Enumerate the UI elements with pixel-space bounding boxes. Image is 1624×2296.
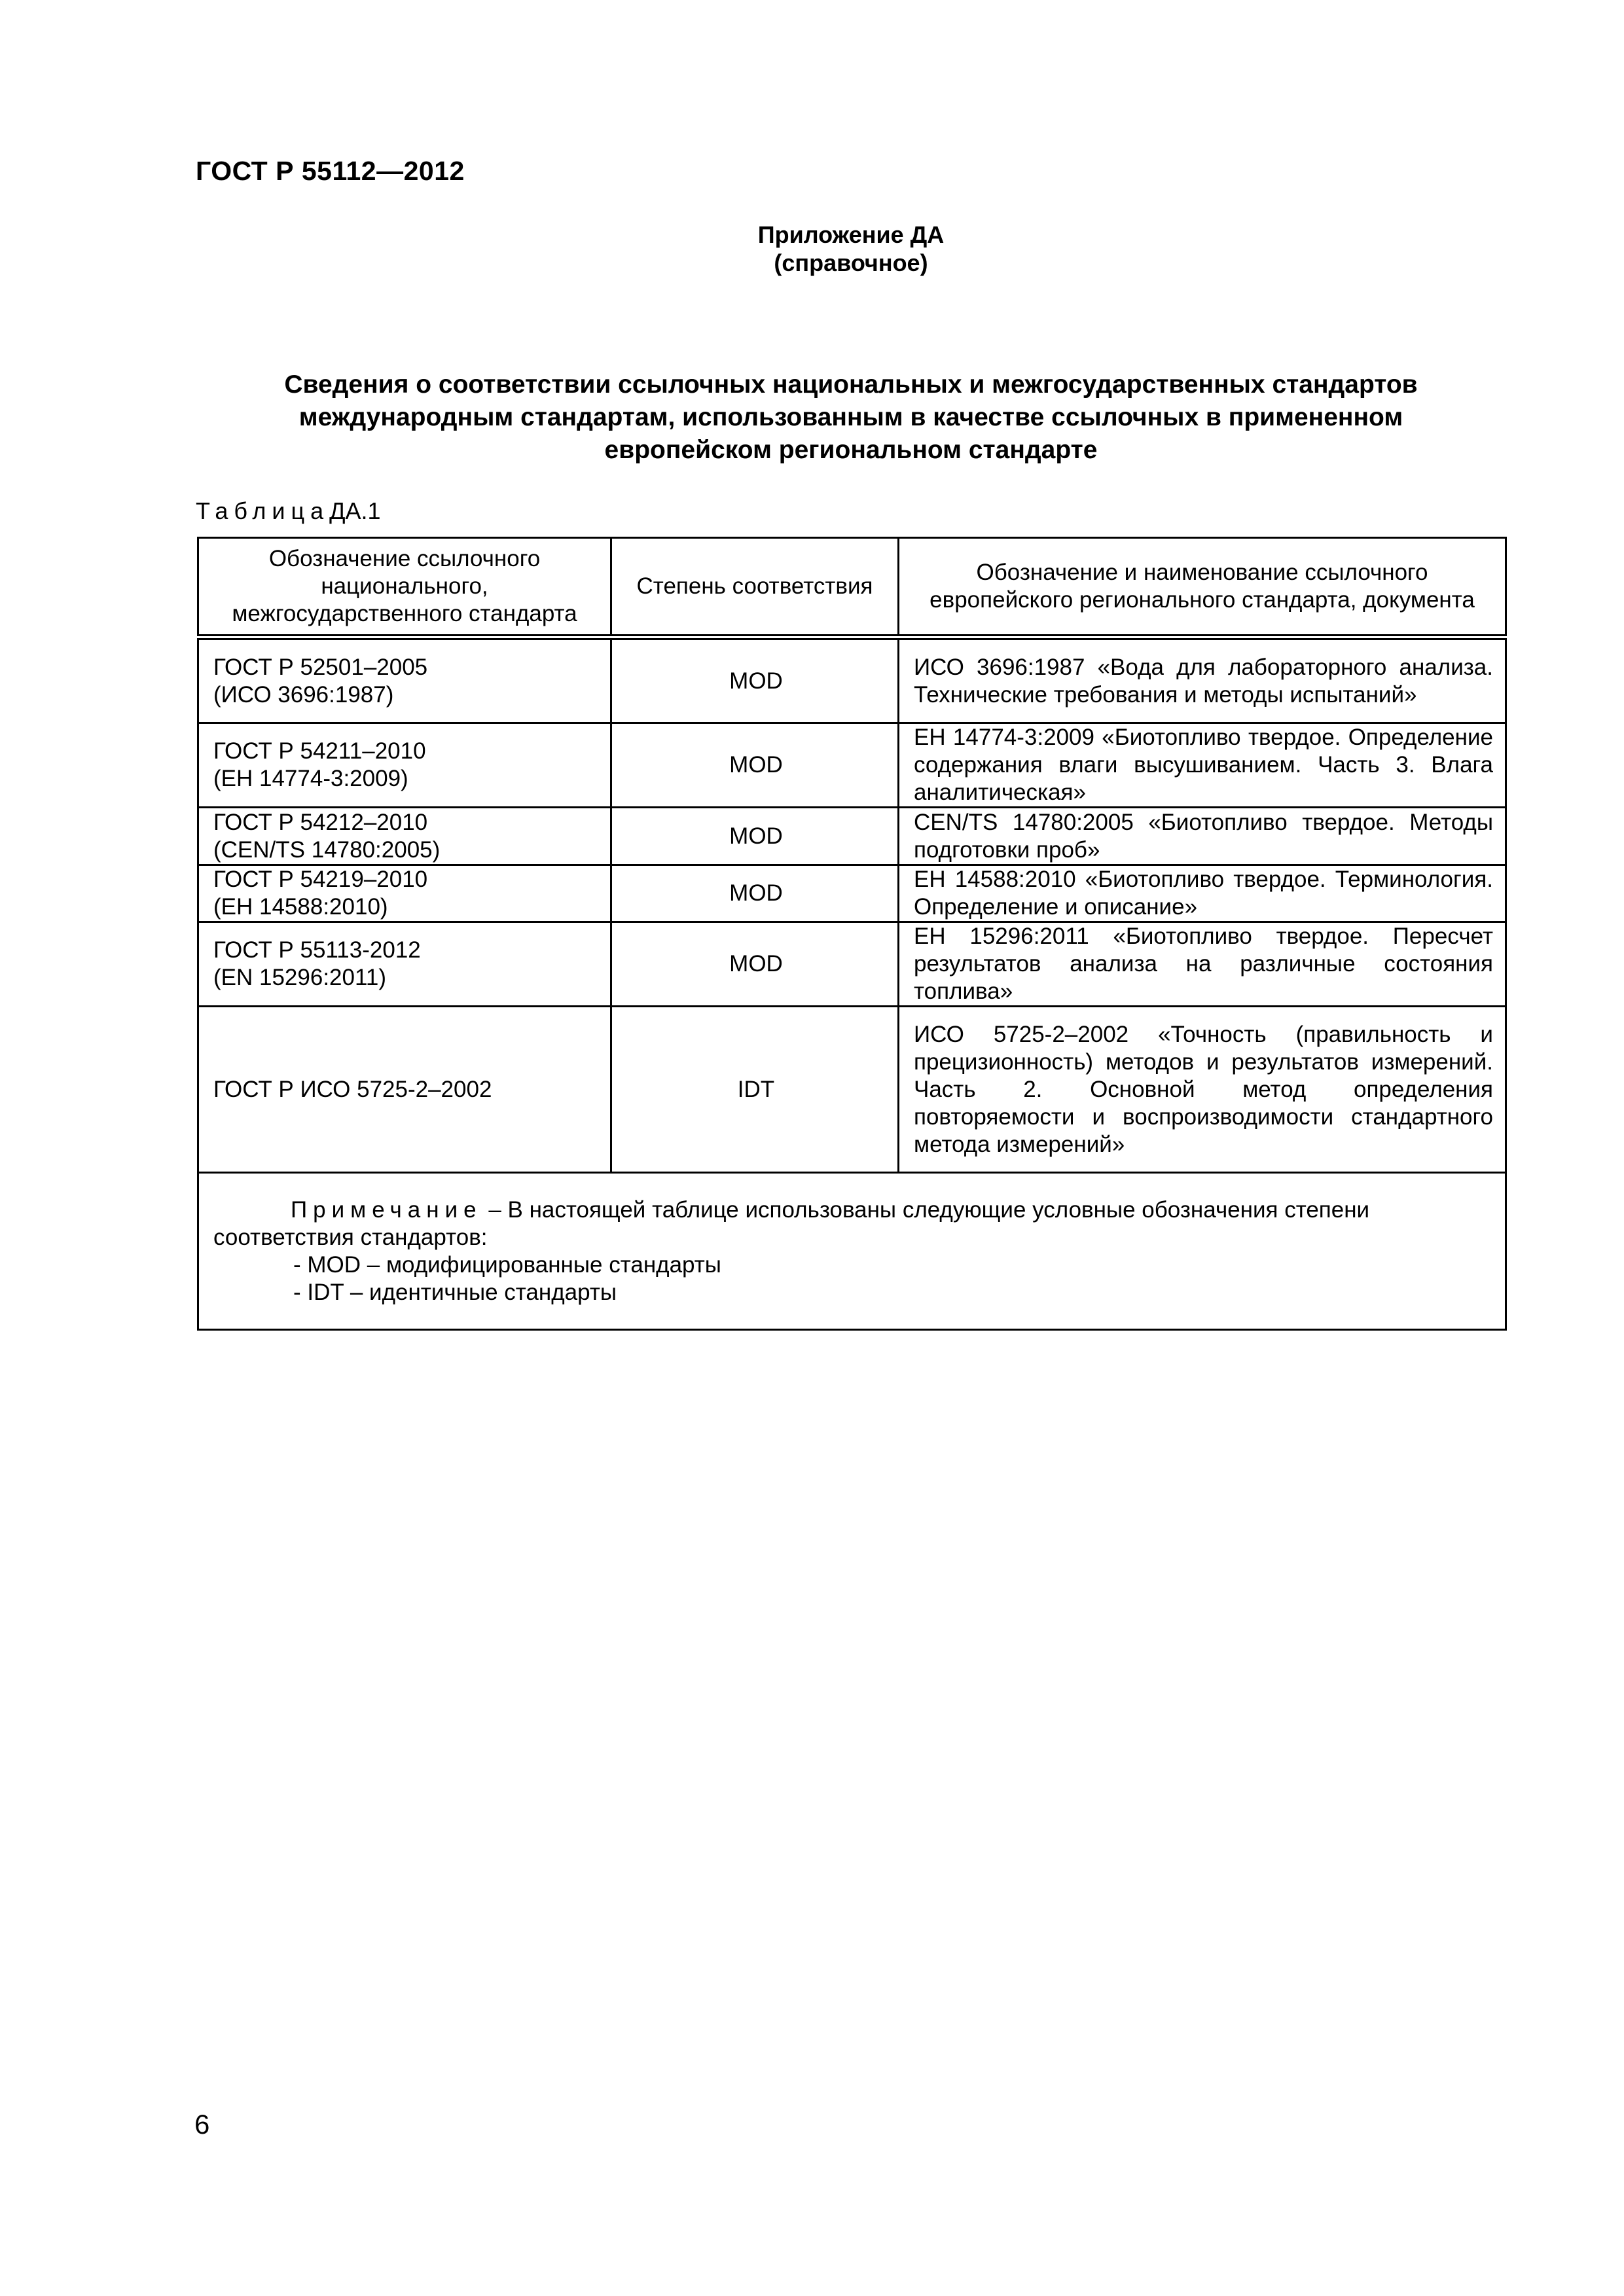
- degree-cell: IDT: [611, 1007, 899, 1173]
- header-national-standard: Обозначение ссылочного национального, ме…: [198, 538, 611, 637]
- national-standard-cell: ГОСТ Р ИСО 5725-2–2002: [198, 1007, 611, 1173]
- european-standard-cell: CEN/TS 14780:2005 «Биотопливо твердое. М…: [899, 808, 1506, 865]
- table-row: ГОСТ Р 52501–2005 (ИСО 3696:1987) MOD ИС…: [198, 637, 1506, 723]
- national-standard-cell: ГОСТ Р 55113-2012 (EN 15296:2011): [198, 922, 611, 1007]
- national-standard-cell: ГОСТ Р 52501–2005 (ИСО 3696:1987): [198, 637, 611, 723]
- european-standard-cell: ИСО 5725-2–2002 «Точность (правильность …: [899, 1007, 1506, 1173]
- note-item-mod: - MOD – модифицированные стандарты: [213, 1251, 1493, 1279]
- table-row: ГОСТ Р ИСО 5725-2–2002 IDT ИСО 5725-2–20…: [198, 1007, 1506, 1173]
- degree-cell: MOD: [611, 865, 899, 922]
- european-standard-cell: ЕН 14588:2010 «Биотопливо твердое. Терми…: [899, 865, 1506, 922]
- national-source-ref: (ИСО 3696:1987): [213, 681, 598, 709]
- heading-line-2: международным стандартам, использованным…: [196, 401, 1506, 434]
- page-number: 6: [194, 2109, 209, 2140]
- national-source-ref: (ЕН 14774-3:2009): [213, 765, 598, 793]
- appendix-title: Приложение ДА: [0, 221, 1624, 249]
- document-code-header: ГОСТ Р 55112—2012: [196, 156, 465, 187]
- national-designation: ГОСТ Р 52501–2005: [213, 654, 598, 681]
- national-source-ref: (EN 15296:2011): [213, 964, 598, 992]
- national-designation: ГОСТ Р 55113-2012: [213, 937, 598, 964]
- heading-line-1: Сведения о соответствии ссылочных национ…: [196, 368, 1506, 401]
- table-caption-number: ДА.1: [329, 497, 380, 524]
- degree-cell: MOD: [611, 637, 899, 723]
- appendix-status: (справочное): [0, 249, 1624, 277]
- degree-cell: MOD: [611, 723, 899, 808]
- note-item-idt: - IDT – идентичные стандарты: [213, 1279, 1493, 1306]
- table-header-row: Обозначение ссылочного национального, ме…: [198, 538, 1506, 637]
- note-intro: Примечание – В настоящей таблице использ…: [213, 1196, 1493, 1251]
- table-caption-word: Таблица: [196, 497, 329, 524]
- table-caption: ТаблицаДА.1: [196, 497, 381, 525]
- table-note: Примечание – В настоящей таблице использ…: [198, 1173, 1506, 1330]
- national-source-ref: (ЕН 14588:2010): [213, 893, 598, 921]
- table-row: ГОСТ Р 54212–2010 (CEN/TS 14780:2005) MO…: [198, 808, 1506, 865]
- national-source-ref: (CEN/TS 14780:2005): [213, 836, 598, 864]
- table-row: ГОСТ Р 54211–2010 (ЕН 14774-3:2009) MOD …: [198, 723, 1506, 808]
- national-designation: ГОСТ Р 54219–2010: [213, 866, 598, 893]
- national-designation: ГОСТ Р ИСО 5725-2–2002: [213, 1076, 598, 1103]
- note-label: Примечание: [291, 1197, 482, 1223]
- heading-line-3: европейском региональном стандарте: [196, 434, 1506, 467]
- header-european-standard: Обозначение и наименование ссылочного ев…: [899, 538, 1506, 637]
- header-degree-of-correspondence: Степень соответствия: [611, 538, 899, 637]
- national-standard-cell: ГОСТ Р 54219–2010 (ЕН 14588:2010): [198, 865, 611, 922]
- national-standard-cell: ГОСТ Р 54212–2010 (CEN/TS 14780:2005): [198, 808, 611, 865]
- degree-cell: MOD: [611, 922, 899, 1007]
- european-standard-cell: ЕН 14774-3:2009 «Биотопливо твердое. Опр…: [899, 723, 1506, 808]
- table-note-row: Примечание – В настоящей таблице использ…: [198, 1173, 1506, 1330]
- table-row: ГОСТ Р 54219–2010 (ЕН 14588:2010) MOD ЕН…: [198, 865, 1506, 922]
- european-standard-cell: ИСО 3696:1987 «Вода для лабораторного ан…: [899, 637, 1506, 723]
- standards-correspondence-table: Обозначение ссылочного национального, ме…: [197, 537, 1507, 1331]
- european-standard-cell: ЕН 15296:2011 «Биотопливо твердое. Перес…: [899, 922, 1506, 1007]
- appendix-block: Приложение ДА (справочное): [0, 221, 1624, 277]
- national-designation: ГОСТ Р 54211–2010: [213, 738, 598, 765]
- national-standard-cell: ГОСТ Р 54211–2010 (ЕН 14774-3:2009): [198, 723, 611, 808]
- table-row: ГОСТ Р 55113-2012 (EN 15296:2011) MOD ЕН…: [198, 922, 1506, 1007]
- section-heading: Сведения о соответствии ссылочных национ…: [196, 368, 1506, 467]
- degree-cell: MOD: [611, 808, 899, 865]
- national-designation: ГОСТ Р 54212–2010: [213, 809, 598, 836]
